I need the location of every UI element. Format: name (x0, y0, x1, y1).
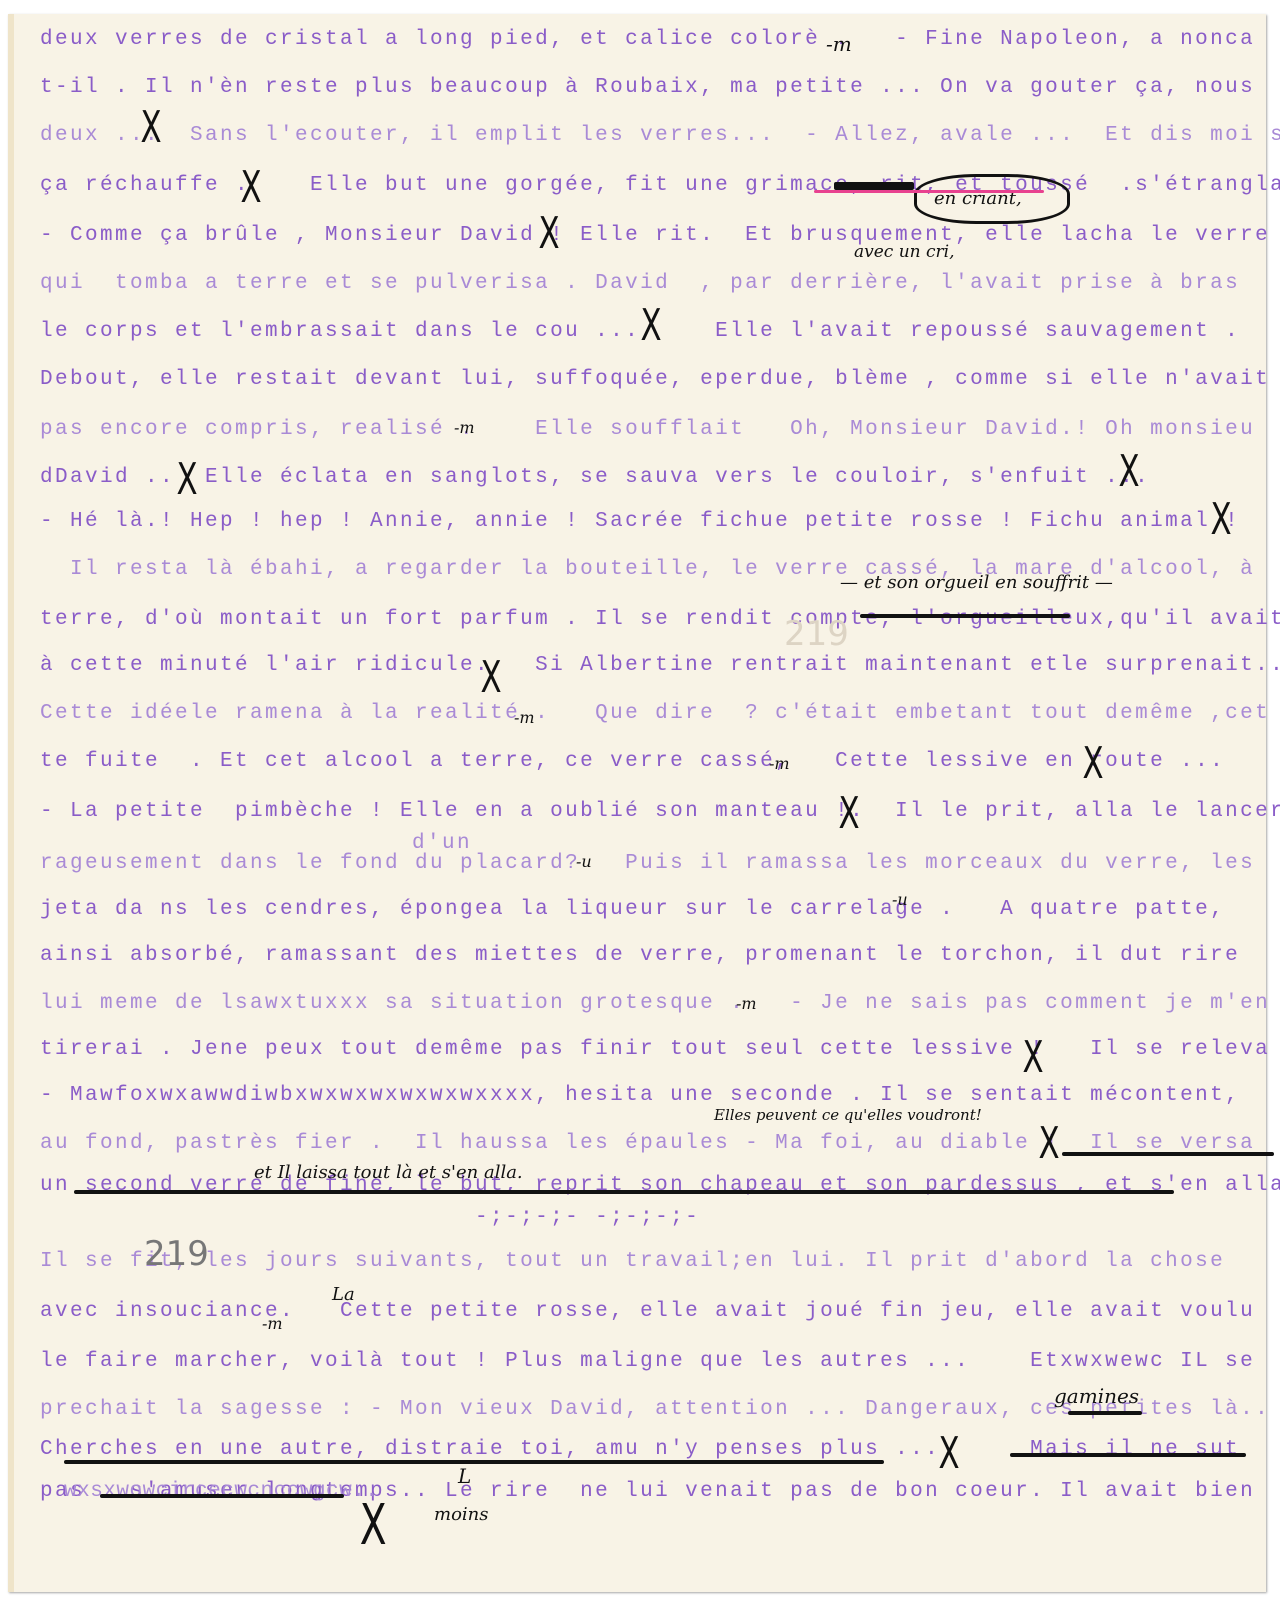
typed-line: tirerai . Jene peux tout demême pas fini… (40, 1038, 1270, 1062)
strikethrough (1062, 1152, 1274, 1156)
interlinear-insertion: d'un (412, 832, 472, 856)
strikethrough (1010, 1453, 1246, 1457)
typed-line: rageusement dans le fond du placard? Pui… (40, 852, 1255, 876)
x-mark: X (1039, 1122, 1060, 1166)
strikethrough-pink (814, 190, 1044, 193)
strikethrough (100, 1494, 344, 1498)
x-mark: X (177, 458, 198, 502)
annotation-il-laissa: et Il laissa tout là et s'en alla. (254, 1162, 523, 1183)
typed-line: - Hé là.! Hep ! hep ! Annie, annie ! Sac… (40, 510, 1240, 534)
page-number: 219 (144, 1234, 209, 1274)
typed-line: jeta da ns les cendres, épongea la lique… (40, 898, 1225, 922)
x-mark: X (1119, 450, 1140, 494)
typed-line: t-il . Il n'èn reste plus beaucoup à Rou… (40, 76, 1255, 100)
x-mark: X (1083, 742, 1104, 786)
strikethrough (860, 614, 1070, 618)
x-mark: X (939, 1432, 960, 1476)
annotation-em-5: -u (576, 852, 592, 871)
typed-line: le faire marcher, voilà tout ! Plus mali… (40, 1350, 1255, 1374)
typed-line: avec insouciance. Cette petite rosse, el… (40, 1300, 1255, 1324)
annotation-avec-un-cri: avec un cri, (854, 242, 955, 262)
annotation-l: L (458, 1464, 471, 1488)
annotation-elles-peuvent: Elles peuvent ce qu'elles voudront! (714, 1106, 982, 1124)
typed-line: deux verres de cristal a long pied, et c… (40, 28, 1255, 52)
typed-line: terre, d'où montait un fort parfum . Il … (40, 608, 1280, 632)
typed-line: un second verre de fine, le but, reprit … (40, 1174, 1280, 1198)
annotation-em-6: -u (892, 890, 908, 909)
x-mark: X (1023, 1036, 1044, 1080)
x-mark: X (360, 1504, 387, 1548)
x-mark: X (839, 792, 860, 836)
annotation-em-4: -m (769, 754, 790, 773)
annotation-em-7: -m (736, 994, 757, 1013)
typewritten-page: deux verres de cristal a long pied, et c… (8, 14, 1266, 1592)
typed-line: qui tomba a terre et se pulverisa . Davi… (40, 272, 1240, 296)
typed-line: te fuite . Et cet alcool a terre, ce ver… (40, 750, 1225, 774)
typed-line: ainsi absorbé, ramassant des miettes de … (40, 944, 1240, 968)
typed-line: Cherches en une autre, distraie toi, amu… (40, 1438, 1240, 1462)
annotation-moins: moins (434, 1504, 489, 1525)
x-mark: X (539, 212, 560, 256)
typed-line: Il se fit, les jours suivants, tout un t… (40, 1250, 1225, 1274)
typed-line: à cette minuté l'air ridicule. Si Albert… (40, 654, 1280, 678)
x-mark: X (141, 106, 162, 150)
ghost-page-number: 219 (784, 614, 849, 654)
typed-line: - Comme ça brûle , Monsieur David ! Elle… (40, 224, 1270, 248)
typed-line: -;-;-;- -;-;-;- (40, 1206, 700, 1230)
x-mark: X (481, 656, 502, 700)
strikethrough (74, 1190, 1174, 1194)
annotation-em-8: -m (262, 1314, 283, 1333)
strikethrough (64, 1460, 884, 1464)
typed-line: dDavid .. Elle éclata en sanglots, se sa… (40, 466, 1150, 490)
typed-line: deux ... Sans l'ecouter, il emplit les v… (40, 124, 1280, 148)
typed-line: - La petite pimbèche ! Elle en a oublié … (40, 800, 1280, 824)
typed-line: Cette idéele ramena à la realité . Que d… (40, 702, 1270, 726)
strikethrough (834, 182, 914, 190)
x-mark: X (641, 304, 662, 348)
typed-line: lui meme de lsawxtuxxx sa situation grot… (40, 992, 1270, 1016)
x-mark: X (241, 166, 262, 210)
typed-line: Debout, elle restait devant lui, suffoqu… (40, 368, 1270, 392)
typed-line: - Mawfoxwxawwdiwbxwxwxwxwxwxwxxxx, hesit… (40, 1084, 1240, 1108)
annotation-gamines: gamines (1054, 1384, 1139, 1408)
typed-line: pas encore compris, realisé . Elle souff… (40, 418, 1255, 442)
annotation-la: La (332, 1284, 355, 1305)
annotation-em-1: -m (826, 32, 852, 56)
typed-line: ça réchauffe . Elle but une gorgée, fit … (40, 174, 1280, 198)
annotation-em-3: -m (514, 708, 535, 727)
strikethrough (1068, 1411, 1142, 1415)
annotation-em-2: -m (454, 418, 475, 437)
x-mark: X (1211, 498, 1232, 542)
annotation-son-orgueil: — et son orgueil en souffrit — (840, 572, 1113, 593)
overstrike-line: wxsxwowcircecwcnccwgcw.. (64, 1480, 378, 1504)
